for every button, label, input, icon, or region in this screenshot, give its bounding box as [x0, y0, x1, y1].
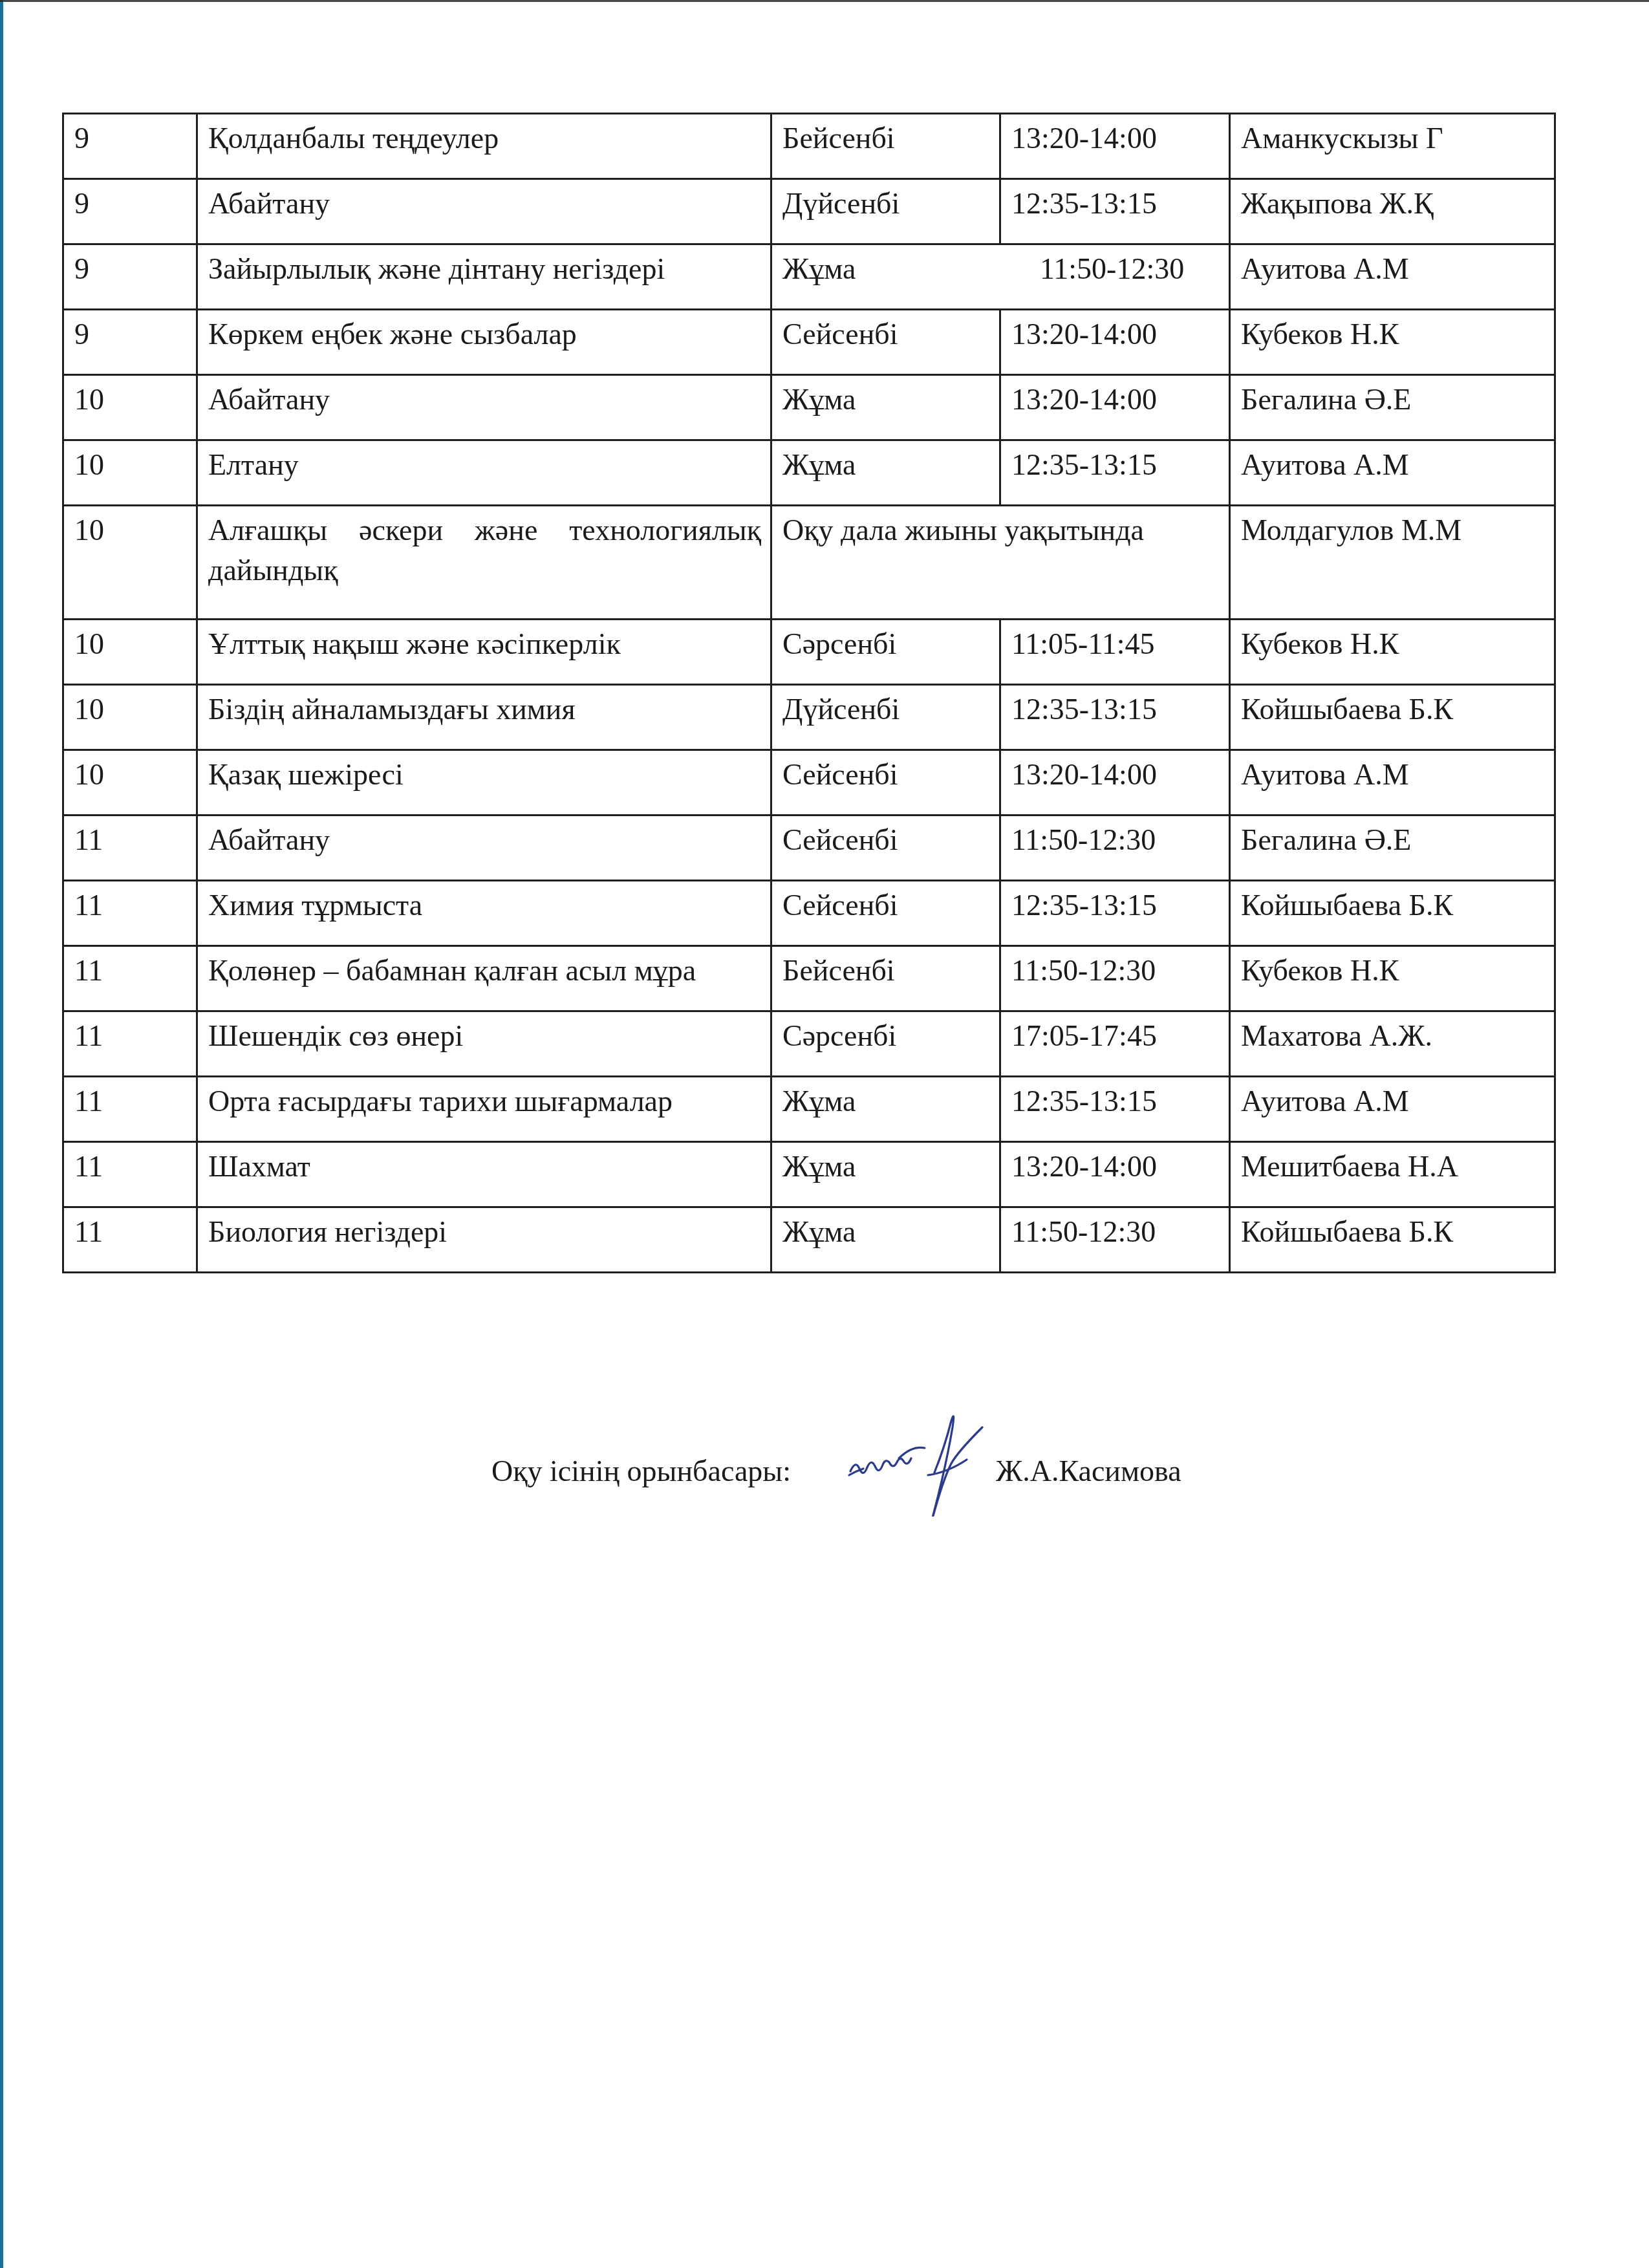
- signatory-role: Оқу ісінің орынбасары:: [491, 1445, 791, 1497]
- handwritten-signature-icon: [837, 1413, 993, 1517]
- table-row: 11АбайтануСейсенбі11:50-12:30Бегалина Ә.…: [63, 815, 1555, 881]
- day-time-merged-cell: Жұма11:50-12:30: [771, 244, 1230, 310]
- table-row: 9Қолданбалы теңдеулерБейсенбі13:20-14:00…: [63, 114, 1555, 179]
- time-cell: 13:20-14:00: [1000, 750, 1230, 815]
- grade-cell: 11: [63, 1077, 197, 1142]
- table-row: 10АбайтануЖұма13:20-14:00Бегалина Ә.Е: [63, 375, 1555, 440]
- time-cell: 11:50-12:30: [1000, 946, 1230, 1011]
- table-row: 10Біздің айналамыздағы химияДүйсенбі12:3…: [63, 685, 1555, 750]
- time-cell: 11:50-12:30: [1000, 815, 1230, 881]
- subject-cell: Ұлттық нақыш және кәсіпкерлік: [197, 620, 771, 685]
- day-cell: Сәрсенбі: [771, 620, 1000, 685]
- table-row: 11Орта ғасырдағы тарихи шығармаларЖұма12…: [63, 1077, 1555, 1142]
- teacher-cell: Ауитова А.М: [1230, 440, 1555, 506]
- day-cell: Жұма: [771, 1077, 1000, 1142]
- teacher-cell: Кубеков Н.К: [1230, 946, 1555, 1011]
- grade-cell: 11: [63, 1142, 197, 1207]
- teacher-cell: Жақыпова Ж.Қ: [1230, 179, 1555, 244]
- subject-cell: Қолөнер – бабамнан қалған асыл мұра: [197, 946, 771, 1011]
- day-text: Жұма: [782, 252, 856, 285]
- subject-cell: Биология негіздері: [197, 1207, 771, 1273]
- time-cell: 13:20-14:00: [1000, 114, 1230, 179]
- teacher-cell: Ауитова А.М: [1230, 1077, 1555, 1142]
- teacher-cell: Аманкускызы Г: [1230, 114, 1555, 179]
- grade-cell: 11: [63, 815, 197, 881]
- day-cell: Жұма: [771, 375, 1000, 440]
- day-cell: Сәрсенбі: [771, 1011, 1000, 1077]
- subject-cell: Абайтану: [197, 815, 771, 881]
- day-cell: Бейсенбі: [771, 114, 1000, 179]
- day-cell: Жұма: [771, 440, 1000, 506]
- grade-cell: 11: [63, 881, 197, 946]
- table-row: 11Химия тұрмыстаСейсенбі12:35-13:15Койшы…: [63, 881, 1555, 946]
- teacher-cell: Кубеков Н.К: [1230, 310, 1555, 375]
- day-cell: Жұма: [771, 1207, 1000, 1273]
- teacher-cell: Кубеков Н.К: [1230, 620, 1555, 685]
- teacher-cell: Ауитова А.М: [1230, 244, 1555, 310]
- subject-cell: Шахмат: [197, 1142, 771, 1207]
- grade-cell: 11: [63, 1207, 197, 1273]
- schedule-body: 9Қолданбалы теңдеулерБейсенбі13:20-14:00…: [63, 114, 1555, 1273]
- elective-schedule-table: 9Қолданбалы теңдеулерБейсенбі13:20-14:00…: [62, 113, 1556, 1273]
- subject-cell: Абайтану: [197, 179, 771, 244]
- subject-cell: Абайтану: [197, 375, 771, 440]
- teacher-cell: Бегалина Ә.Е: [1230, 815, 1555, 881]
- grade-cell: 10: [63, 750, 197, 815]
- grade-cell: 10: [63, 685, 197, 750]
- table-row: 9Зайырлылық және дінтану негіздеріЖұма11…: [63, 244, 1555, 310]
- grade-cell: 9: [63, 310, 197, 375]
- subject-cell: Алғашқы әскери және технологиялық дайынд…: [197, 506, 771, 620]
- teacher-cell: Ауитова А.М: [1230, 750, 1555, 815]
- grade-cell: 10: [63, 440, 197, 506]
- table-row: 9Көркем еңбек және сызбаларСейсенбі13:20…: [63, 310, 1555, 375]
- time-cell: 12:35-13:15: [1000, 1077, 1230, 1142]
- table-row: 10Ұлттық нақыш және кәсіпкерлікСәрсенбі1…: [63, 620, 1555, 685]
- subject-cell: Қазақ шежіресі: [197, 750, 771, 815]
- day-cell: Жұма: [771, 1142, 1000, 1207]
- table-row: 10Қазақ шежіресіСейсенбі13:20-14:00Ауито…: [63, 750, 1555, 815]
- subject-cell: Көркем еңбек және сызбалар: [197, 310, 771, 375]
- time-cell: 12:35-13:15: [1000, 440, 1230, 506]
- subject-cell: Біздің айналамыздағы химия: [197, 685, 771, 750]
- subject-cell: Зайырлылық және дінтану негіздері: [197, 244, 771, 310]
- teacher-cell: Койшыбаева Б.К: [1230, 881, 1555, 946]
- table-row: 11Шешендік сөз өнеріСәрсенбі17:05-17:45М…: [63, 1011, 1555, 1077]
- teacher-cell: Бегалина Ә.Е: [1230, 375, 1555, 440]
- grade-cell: 11: [63, 1011, 197, 1077]
- day-cell: Бейсенбі: [771, 946, 1000, 1011]
- subject-cell: Орта ғасырдағы тарихи шығармалар: [197, 1077, 771, 1142]
- time-cell: 17:05-17:45: [1000, 1011, 1230, 1077]
- subject-cell: Қолданбалы теңдеулер: [197, 114, 771, 179]
- day-cell: Сейсенбі: [771, 881, 1000, 946]
- subject-cell: Шешендік сөз өнері: [197, 1011, 771, 1077]
- time-cell: 11:05-11:45: [1000, 620, 1230, 685]
- day-cell: Сейсенбі: [771, 310, 1000, 375]
- grade-cell: 9: [63, 114, 197, 179]
- teacher-cell: Койшыбаева Б.К: [1230, 685, 1555, 750]
- scan-edge-top: [0, 0, 1649, 2]
- teacher-cell: Махатова А.Ж.: [1230, 1011, 1555, 1077]
- table-row: 11Биология негіздеріЖұма11:50-12:30Койшы…: [63, 1207, 1555, 1273]
- grade-cell: 11: [63, 946, 197, 1011]
- time-cell: 13:20-14:00: [1000, 310, 1230, 375]
- time-cell: 12:35-13:15: [1000, 881, 1230, 946]
- grade-cell: 10: [63, 506, 197, 620]
- table-row: 10ЕлтануЖұма12:35-13:15Ауитова А.М: [63, 440, 1555, 506]
- table-row: 11Қолөнер – бабамнан қалған асыл мұраБей…: [63, 946, 1555, 1011]
- time-cell: 12:35-13:15: [1000, 179, 1230, 244]
- signature-line: Оқу ісінің орынбасары: Ж.А.Касимова: [491, 1445, 1235, 1497]
- grade-cell: 9: [63, 179, 197, 244]
- time-cell: 11:50-12:30: [1000, 1207, 1230, 1273]
- teacher-cell: Мешитбаева Н.А: [1230, 1142, 1555, 1207]
- table-row: 9АбайтануДүйсенбі12:35-13:15Жақыпова Ж.Қ: [63, 179, 1555, 244]
- day-cell: Дүйсенбі: [771, 179, 1000, 244]
- subject-cell: Елтану: [197, 440, 771, 506]
- time-cell: 13:20-14:00: [1000, 375, 1230, 440]
- day-cell: Сейсенбі: [771, 750, 1000, 815]
- grade-cell: 9: [63, 244, 197, 310]
- day-cell: Дүйсенбі: [771, 685, 1000, 750]
- signatory-name: Ж.А.Касимова: [996, 1445, 1181, 1497]
- teacher-cell: Молдагулов М.М: [1230, 506, 1555, 620]
- teacher-cell: Койшыбаева Б.К: [1230, 1207, 1555, 1273]
- subject-cell: Химия тұрмыста: [197, 881, 771, 946]
- time-text: 11:50-12:30: [1040, 249, 1184, 289]
- table-row: 10Алғашқы әскери және технологиялық дайы…: [63, 506, 1555, 620]
- day-time-combined-cell: Оқу дала жиыны уақытында: [771, 506, 1230, 620]
- grade-cell: 10: [63, 375, 197, 440]
- table-row: 11ШахматЖұма13:20-14:00Мешитбаева Н.А: [63, 1142, 1555, 1207]
- time-cell: 13:20-14:00: [1000, 1142, 1230, 1207]
- time-cell: 12:35-13:15: [1000, 685, 1230, 750]
- grade-cell: 10: [63, 620, 197, 685]
- day-cell: Сейсенбі: [771, 815, 1000, 881]
- scan-edge-left: [0, 0, 3, 2268]
